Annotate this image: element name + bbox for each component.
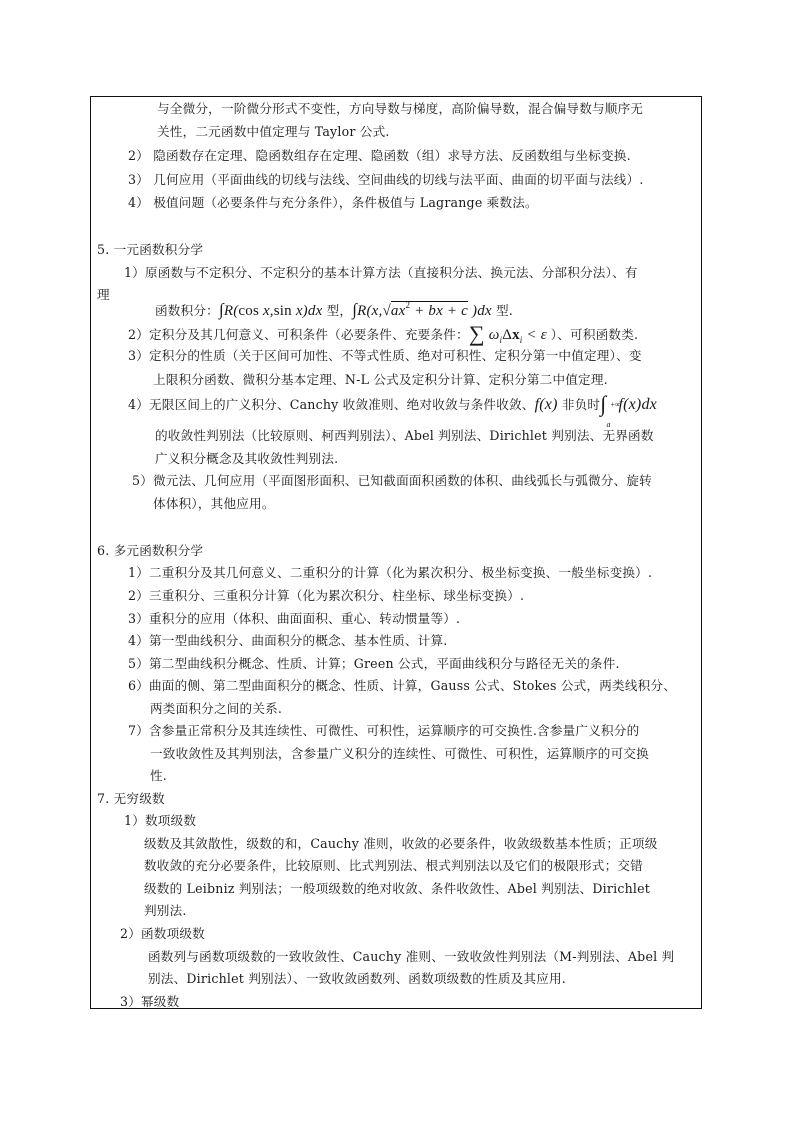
document-page: 与全微分，一阶微分形式不变性，方向导数与梯度，高阶偏导数，混合偏导数与顺序无关性… [0, 0, 793, 1121]
text-line: 理 [97, 287, 110, 303]
text-line: 6）曲面的侧、第二型曲面积分的概念、性质、计算，Gauss 公式、Stokes … [128, 678, 676, 694]
formula-riemann-sum: ωiΔxi < ε [485, 327, 551, 343]
text-line: 2）函数项级数 [120, 926, 205, 942]
formula-integrand: f(x)dx [618, 396, 657, 413]
text-line: 一致收敛性及其判别法，含参量广义积分的连续性、可微性、可积性，运算顺序的可交换 [150, 746, 649, 762]
text-line: 5）微元法、几何应用（平面图形面积、已知截面面积函数的体积、曲线弧长与弧微分、旋… [132, 473, 652, 489]
text-line: 5. 一元函数积分学 [97, 242, 203, 258]
text-line: 6. 多元函数积分学 [97, 543, 203, 559]
text-line: 数收敛的充分必要条件，比较原则、比式判别法、根式判别法以及它们的极限形式；交错 [144, 858, 643, 874]
text-line: 两类面积分之间的关系. [150, 701, 282, 717]
text-line: 7. 无穷级数 [97, 791, 165, 807]
text-line: 7）含参量正常积分及其连续性、可微性、可积性，运算顺序的可交换性.含参量广义积分… [128, 723, 639, 739]
formula-line-integral-types: 函数积分：∫R(cos x,sin x)dx 型，∫R(x,√ax2 + bx … [155, 297, 513, 319]
formula-r-cos-sin: R(cos x,sin x)dx [224, 303, 323, 319]
text-line: 2）三重积分、三重积分计算（化为累次积分、柱坐标、球坐标变换）. [128, 588, 524, 604]
text-line: 广义积分概念及其收敛性判别法. [155, 451, 338, 467]
text-line: 与全微分，一阶微分形式不变性，方向导数与梯度，高阶偏导数，混合偏导数与顺序无 [157, 101, 643, 117]
formula-line-integrability: 2）定积分及其几何意义、可积条件（必要条件、充要条件：∑ ωiΔxi < ε ）… [128, 324, 638, 348]
text-line: 判别法. [144, 903, 187, 919]
text-line: 4）第一型曲线积分、曲面积分的概念、基本性质、计算. [128, 633, 447, 649]
text-line: 4） 极值问题（必要条件与充分条件），条件极值与 Lagrange 乘数法。 [128, 195, 538, 211]
integral-sign-icon: ∫ [600, 391, 606, 416]
formula-fx: f(x) [535, 396, 558, 413]
text-line: 2） 隐函数存在定理、隐函数组存在定理、隐函数（组）求导方法、反函数组与坐标变换… [128, 148, 631, 164]
formula-prefix: 2）定积分及其几何意义、可积条件（必要条件、充要条件： [128, 327, 469, 342]
formula-suffix: 型. [492, 303, 513, 318]
text-line: 别法、Dirichlet 判别法）、一致收敛函数列、函数项级数的性质及其应用. [148, 971, 566, 987]
formula-prefix: 函数积分： [155, 303, 219, 318]
formula-line-improper-integral: 4）无限区间上的广义积分、Canchy 收敛准则、绝对收敛与条件收敛、f(x) … [128, 394, 657, 413]
summation-sign-icon: ∑ [469, 321, 485, 346]
formula-prefix: 4）无限区间上的广义积分、Canchy 收敛准则、绝对收敛与条件收敛、 [128, 397, 535, 412]
text-line: 级数及其敛散性，级数的和，Cauchy 准则，收敛的必要条件，收敛级数基本性质；… [144, 836, 658, 852]
formula-suffix: ）、可积函数类. [551, 327, 638, 342]
text-line: 5）第二型曲线积分概念、性质、计算；Green 公式，平面曲线积分与路径无关的条… [128, 656, 620, 672]
formula-mid: 型， [322, 303, 352, 318]
text-line: 级数的 Leibniz 判别法；一般项级数的绝对收敛、条件收敛性、Abel 判别… [144, 881, 650, 897]
text-line: 函数列与函数项级数的一致收敛性、Cauchy 准则、一致收敛性判别法（M-判别法… [148, 949, 674, 965]
formula-mid: 非负时 [558, 397, 601, 412]
text-line: 的收敛性判别法（比较原则、柯西判别法）、Abel 判别法、Dirichlet 判… [155, 428, 654, 444]
text-line: 1）二重积分及其几何意义、二重积分的计算（化为累次积分、极坐标变换、一般坐标变换… [128, 565, 652, 581]
text-line: 体体积），其他应用。 [153, 496, 275, 512]
text-line: 1）数项级数 [124, 813, 196, 829]
text-line: 关性，二元函数中值定理与 Taylor 公式. [157, 124, 390, 140]
text-line: 3）幂级数 [120, 994, 179, 1010]
text-line: 性. [150, 768, 167, 784]
text-line: 1）原函数与不定积分、不定积分的基本计算方法（直接积分法、换元法、分部积分法）、… [124, 265, 638, 281]
text-line: 3） 几何应用（平面曲线的切线与法线、空间曲线的切线与法平面、曲面的切平面与法线… [128, 172, 644, 188]
formula-r-sqrt: R(x,√ax2 + bx + c )dx [357, 301, 492, 319]
text-line: 上限积分函数、微积分基本定理、N-L 公式及定积分计算、定积分第二中值定理. [153, 372, 608, 388]
text-line: 3）定积分的性质（关于区间可加性、不等式性质、绝对可积性、定积分第一中值定理）、… [128, 348, 642, 364]
text-line: 3）重积分的应用（体积、曲面面积、重心、转动惯量等）. [128, 611, 460, 627]
